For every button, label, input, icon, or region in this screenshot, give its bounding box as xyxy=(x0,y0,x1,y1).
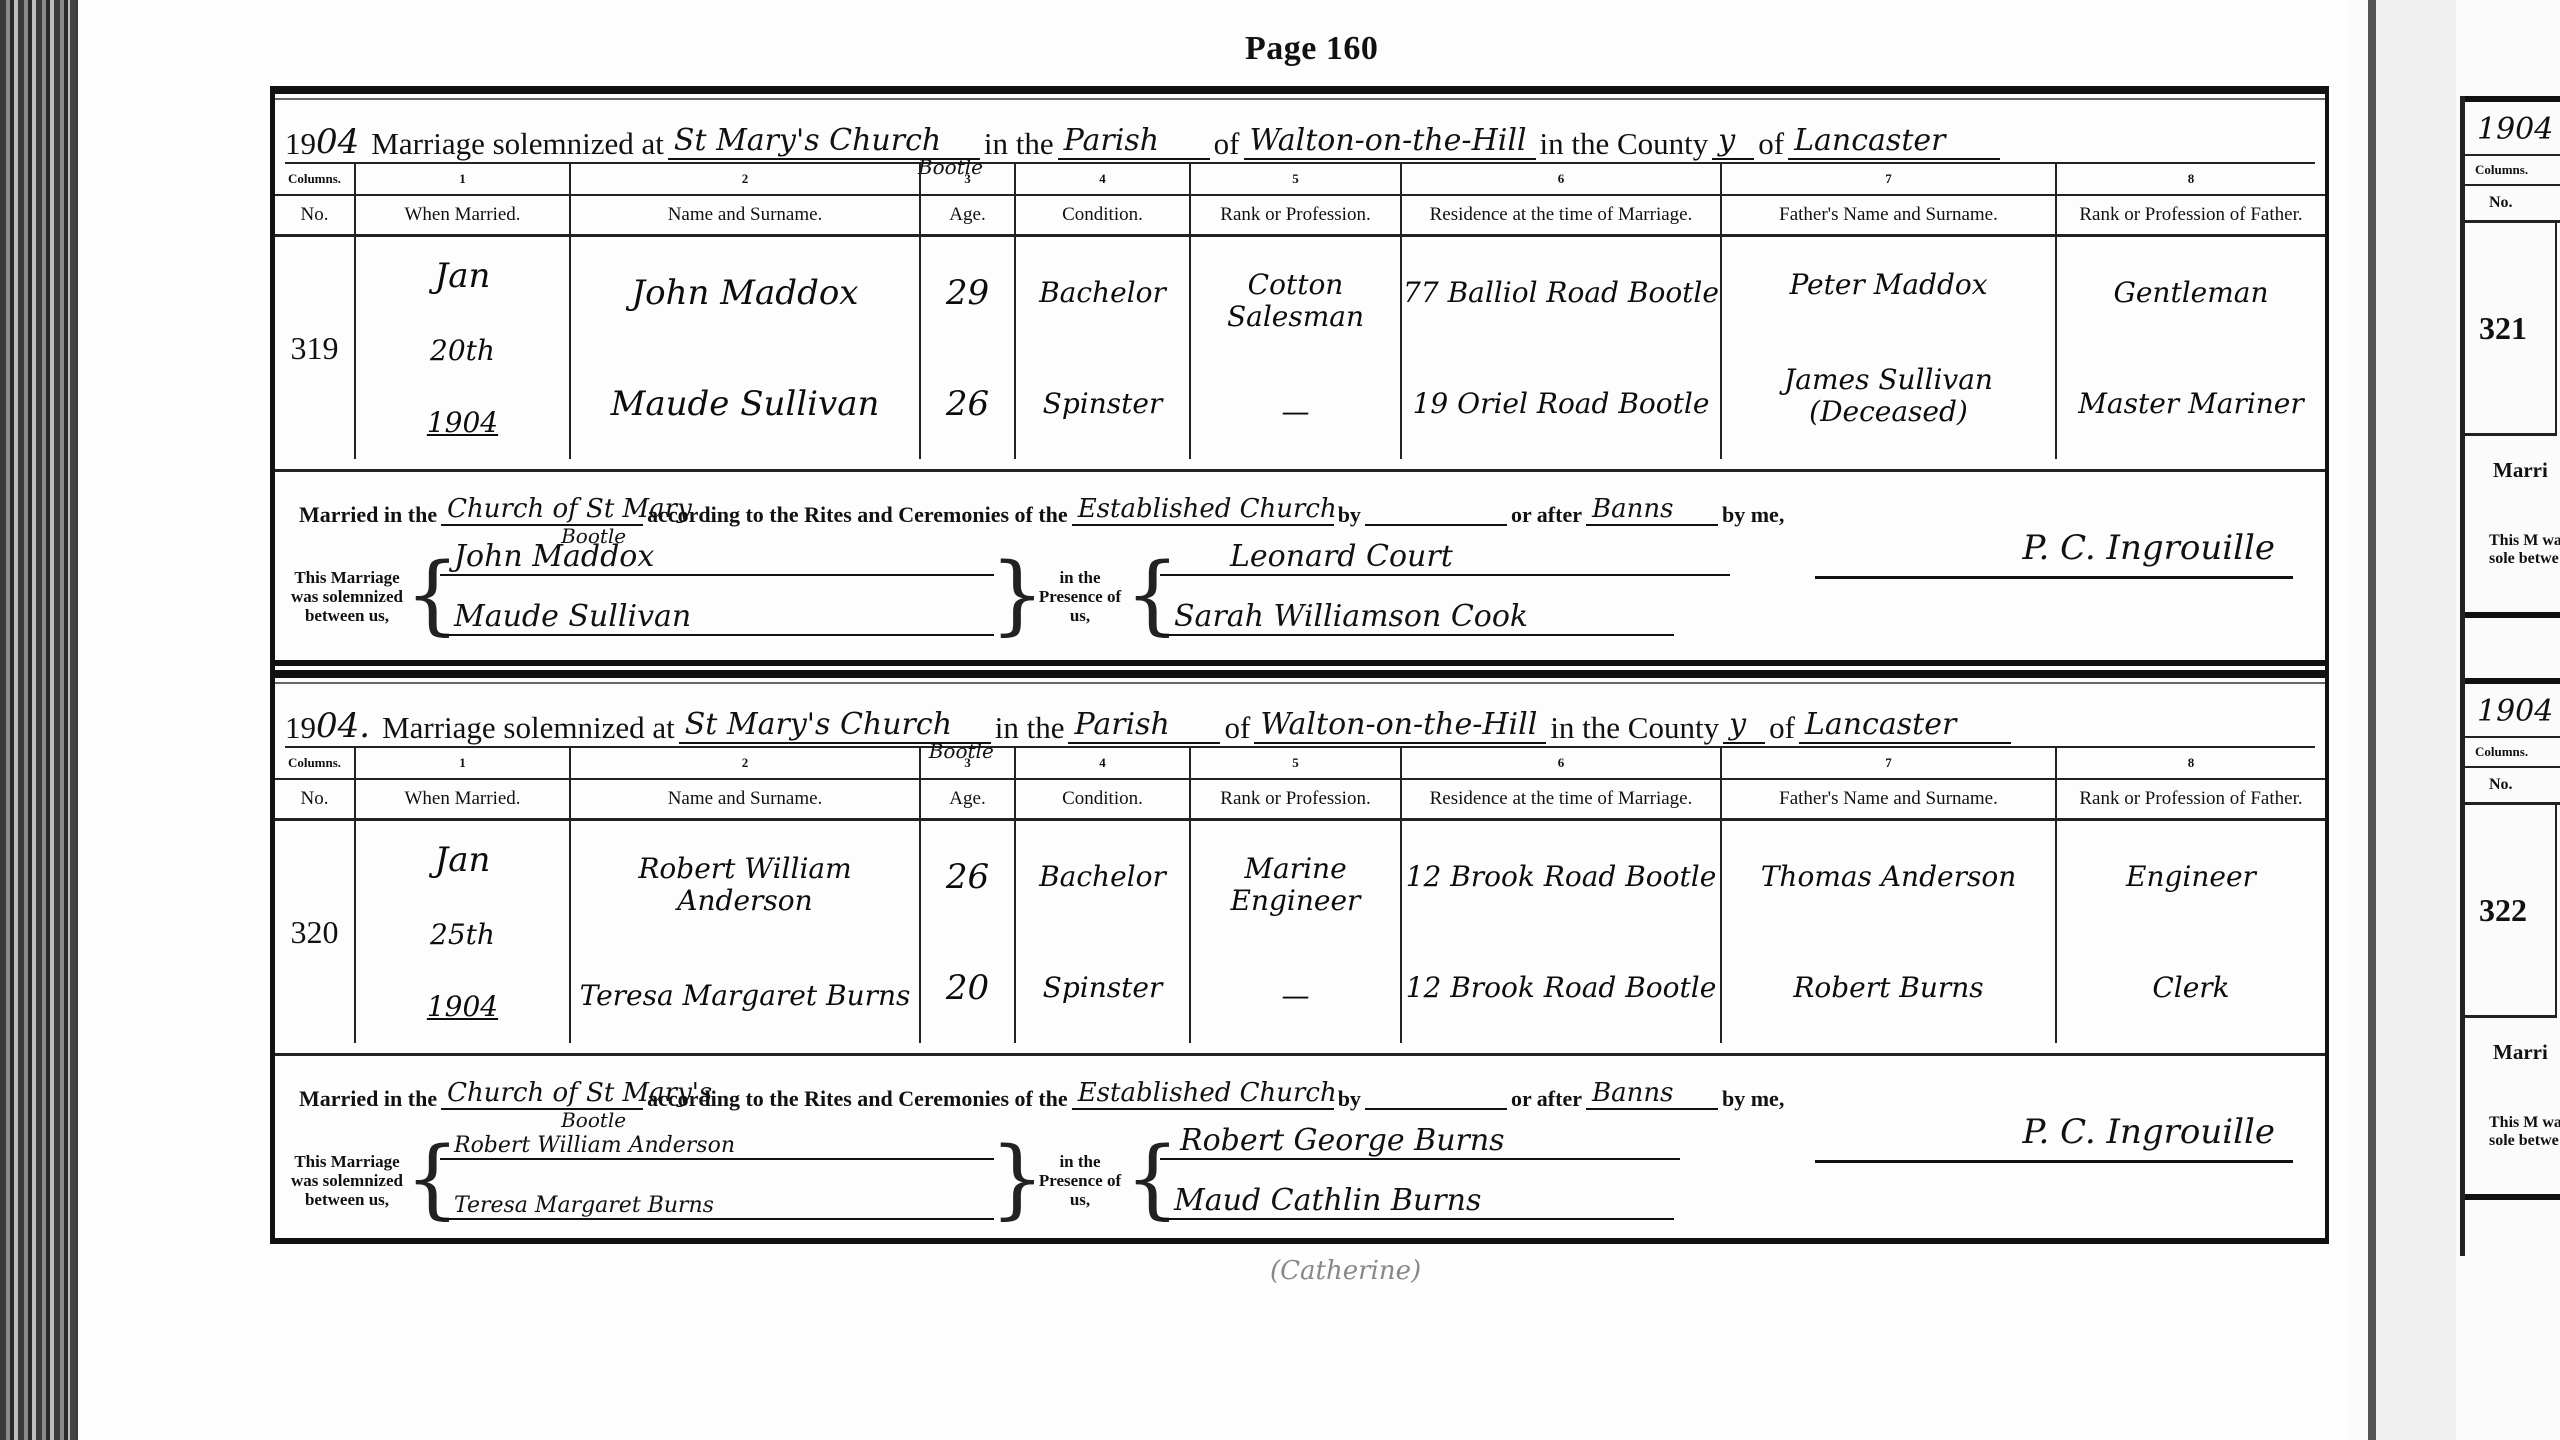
entry-heading: 19 04 Marriage solemnized at St Mary's C… xyxy=(285,106,2315,164)
book-gutter-margin xyxy=(2376,0,2456,1440)
label-in-the-county: in the County xyxy=(1540,126,1709,162)
column-header-row: No. When Married. Name and Surname. Age.… xyxy=(275,779,2325,820)
married-in-line: Married in the Church of St Mary'sBootle… xyxy=(299,1072,2305,1112)
column-number: 6 xyxy=(1401,748,1721,779)
next-solemnized-label: This M was sole betwe xyxy=(2465,508,2560,612)
label-according-to: according to the Rites and Ceremonies of… xyxy=(647,502,1068,528)
column-number-row: Columns. 1 2 3 4 5 6 7 8 xyxy=(275,164,2325,195)
marriage-day: 20th xyxy=(430,335,495,367)
entry-row: 319 Jan 20th 1904 John Maddox Maude Sull… xyxy=(275,236,2325,460)
column-number: 7 xyxy=(1721,164,2056,195)
label-or-after: or after xyxy=(1511,1086,1582,1112)
signature-groom: John Maddox xyxy=(440,530,994,576)
marriage-month: Jan xyxy=(435,257,491,295)
bride-condition: Spinster xyxy=(1043,388,1163,420)
bride-residence: 19 Oriel Road Bootle xyxy=(1413,388,1710,420)
marriage-entry-319: 19 04 Marriage solemnized at St Mary's C… xyxy=(275,86,2325,666)
after-value: Banns xyxy=(1586,494,1718,526)
entry-top-rule-thin xyxy=(275,98,2325,100)
header-name: Name and Surname. xyxy=(570,195,920,236)
column-number: 6 xyxy=(1401,164,1721,195)
year-prefix: 19 xyxy=(285,710,316,746)
label-in-the-county: in the County xyxy=(1550,710,1719,746)
next-columns-label: Columns. xyxy=(2465,156,2560,186)
book-edge-line xyxy=(70,0,76,1440)
ceremony-section: Married in the Church of St Mary'sBootle… xyxy=(275,1053,2325,1244)
entry-bottom-rule xyxy=(2465,1194,2560,1200)
rites-value: Established Church xyxy=(1072,1078,1334,1110)
header-residence: Residence at the time of Marriage. xyxy=(1401,195,1721,236)
entry-bottom-rule xyxy=(2465,612,2560,618)
marriage-year: 1904 xyxy=(427,991,498,1023)
column-number: 3 xyxy=(920,748,1015,779)
rites-value: Established Church xyxy=(1072,494,1334,526)
label-in-presence: in the Presence of us, xyxy=(1035,568,1125,625)
column-number: 5 xyxy=(1190,164,1401,195)
column-number: 7 xyxy=(1721,748,2056,779)
bride-father-rank: Clerk xyxy=(2152,972,2229,1004)
label-solemnized-at: Marriage solemnized at xyxy=(382,710,675,746)
label-by-me: by me, xyxy=(1722,502,1784,528)
district-type-value: Parish xyxy=(1058,123,1210,160)
column-number: 1 xyxy=(355,748,570,779)
bride-condition: Spinster xyxy=(1043,972,1163,1004)
header-father-name: Father's Name and Surname. xyxy=(1721,779,2056,820)
column-number: 2 xyxy=(570,748,920,779)
bride-rank: — xyxy=(1282,396,1310,428)
book-page-edges xyxy=(0,0,78,1440)
place-value: St Mary's ChurchBootle xyxy=(679,707,991,744)
bride-name: Maude Sullivan xyxy=(611,385,880,423)
bride-name: Teresa Margaret Burns xyxy=(580,980,911,1012)
witness-2: Sarah Williamson Cook xyxy=(1160,590,1674,636)
groom-name: John Maddox xyxy=(632,274,859,312)
signature-bride: Teresa Margaret Burns xyxy=(440,1174,994,1220)
column-number: 5 xyxy=(1190,748,1401,779)
column-number: 8 xyxy=(2056,164,2325,195)
bride-age: 26 xyxy=(946,385,989,423)
columns-label: Columns. xyxy=(275,748,355,779)
next-solemnized-label: This M was sole betwe xyxy=(2465,1090,2560,1194)
groom-residence: 12 Brook Road Bootle xyxy=(1406,861,1717,893)
groom-name: Robert William Anderson xyxy=(571,853,919,917)
groom-condition: Bachelor xyxy=(1039,277,1166,309)
column-number: 2 xyxy=(570,164,920,195)
column-header-row: No. When Married. Name and Surname. Age.… xyxy=(275,195,2325,236)
bride-residence: 12 Brook Road Bootle xyxy=(1406,972,1717,1004)
header-no: No. xyxy=(275,195,355,236)
year-handwritten: 04 xyxy=(316,122,359,162)
next-married-label: Marri xyxy=(2465,1018,2560,1090)
column-number-row: Columns. 1 2 3 4 5 6 7 8 xyxy=(275,748,2325,779)
next-married-label: Marri xyxy=(2465,436,2560,508)
ceremony-section: Married in the Church of St MaryBootle a… xyxy=(275,469,2325,660)
column-number: 3 xyxy=(920,164,1015,195)
entry-number: 319 xyxy=(291,330,339,366)
header-father-rank: Rank or Profession of Father. xyxy=(2056,195,2325,236)
next-page-partial: 1904 Columns. No. 321 Marri This M was s… xyxy=(2460,96,2560,1256)
next-entry-number: 322 xyxy=(2465,805,2557,1018)
header-residence: Residence at the time of Marriage. xyxy=(1401,779,1721,820)
signature-bride: Maude Sullivan xyxy=(440,590,994,636)
header-when-married: When Married. xyxy=(355,779,570,820)
bride-age: 20 xyxy=(946,969,989,1007)
header-name: Name and Surname. xyxy=(570,779,920,820)
bride-rank: — xyxy=(1282,980,1310,1012)
district-value: Walton-on-the-Hill xyxy=(1254,707,1546,744)
entry-bottom-rule xyxy=(275,1238,2325,1244)
header-condition: Condition. xyxy=(1015,195,1190,236)
label-in-the: in the xyxy=(984,126,1054,162)
groom-father-rank: Engineer xyxy=(2126,861,2256,893)
next-columns-label: Columns. xyxy=(2465,738,2560,768)
groom-age: 29 xyxy=(946,274,989,312)
entry-table: Columns. 1 2 3 4 5 6 7 8 No. When Marrie… xyxy=(275,748,2325,1043)
witness-1: Robert George Burns xyxy=(1160,1114,1680,1160)
header-rank: Rank or Profession. xyxy=(1190,779,1401,820)
marriage-month: Jan xyxy=(435,841,491,879)
by-value xyxy=(1365,1108,1507,1110)
next-no-label: No. xyxy=(2465,768,2560,805)
label-by: by xyxy=(1338,1086,1361,1112)
column-number: 4 xyxy=(1015,164,1190,195)
header-when-married: When Married. xyxy=(355,195,570,236)
bride-father-name: Robert Burns xyxy=(1793,972,1983,1004)
label-county-of: of xyxy=(1769,710,1795,746)
label-married-in-the: Married in the xyxy=(299,1086,437,1112)
label-in-presence: in the Presence of us, xyxy=(1035,1152,1125,1209)
label-in-the: in the xyxy=(995,710,1065,746)
groom-condition: Bachelor xyxy=(1039,861,1166,893)
column-number: 1 xyxy=(355,164,570,195)
minister-signature: P. C. Ingrouille xyxy=(1815,528,2293,579)
label-of: of xyxy=(1224,710,1250,746)
header-age: Age. xyxy=(920,195,1015,236)
year-prefix: 19 xyxy=(285,126,316,162)
label-solemnized-between: This Marriage was solemnized between us, xyxy=(287,1152,407,1209)
witness-1: Leonard Court xyxy=(1160,530,1730,576)
groom-father-name: Peter Maddox xyxy=(1789,269,1987,301)
label-of: of xyxy=(1214,126,1240,162)
after-value: Banns xyxy=(1586,1078,1718,1110)
columns-label: Columns. xyxy=(275,164,355,195)
county-suffix: y xyxy=(1712,123,1754,160)
header-father-rank: Rank or Profession of Father. xyxy=(2056,779,2325,820)
groom-age: 26 xyxy=(946,858,989,896)
header-condition: Condition. xyxy=(1015,779,1190,820)
header-no: No. xyxy=(275,779,355,820)
margin-annotation: (Catherine) xyxy=(1270,1256,1421,1286)
entry-bottom-rule xyxy=(275,660,2325,666)
minister-signature: P. C. Ingrouille xyxy=(1815,1112,2293,1163)
married-in-line: Married in the Church of St MaryBootle a… xyxy=(299,488,2305,528)
label-solemnized-at: Marriage solemnized at xyxy=(371,126,664,162)
label-or-after: or after xyxy=(1511,502,1582,528)
header-father-name: Father's Name and Surname. xyxy=(1721,195,2056,236)
header-age: Age. xyxy=(920,779,1015,820)
next-year: 1904 xyxy=(2465,684,2560,738)
column-number: 8 xyxy=(2056,748,2325,779)
page-number: Page 160 xyxy=(1245,30,1378,68)
marriage-day: 25th xyxy=(430,919,495,951)
marriage-register: 19 04 Marriage solemnized at St Mary's C… xyxy=(270,86,2329,1244)
groom-father-rank: Gentleman xyxy=(2113,277,2268,309)
district-type-value: Parish xyxy=(1068,707,1220,744)
groom-residence: 77 Balliol Road Bootle xyxy=(1403,277,1719,309)
groom-father-name: Thomas Anderson xyxy=(1761,861,2016,893)
label-by: by xyxy=(1338,502,1361,528)
label-county-of: of xyxy=(1758,126,1784,162)
column-number: 4 xyxy=(1015,748,1190,779)
entry-top-rule xyxy=(275,670,2325,678)
by-value xyxy=(1365,524,1507,526)
entry-heading: 19 04. Marriage solemnized at St Mary's … xyxy=(285,690,2315,748)
groom-rank: Marine Engineer xyxy=(1191,853,1400,917)
label-by-me: by me, xyxy=(1722,1086,1784,1112)
next-entry-322: 1904 Columns. No. 322 Marri This M was s… xyxy=(2465,678,2560,1200)
entry-number: 320 xyxy=(291,914,339,950)
entry-table: Columns. 1 2 3 4 5 6 7 8 No. When Marrie… xyxy=(275,164,2325,459)
place-value: St Mary's ChurchBootle xyxy=(668,123,980,160)
entry-row: 320 Jan 25th 1904 Robert William Anderso… xyxy=(275,820,2325,1044)
next-year: 1904 xyxy=(2465,102,2560,156)
label-solemnized-between: This Marriage was solemnized between us, xyxy=(287,568,407,625)
label-married-in-the: Married in the xyxy=(299,502,437,528)
county-value: Lancaster xyxy=(1799,707,2011,744)
entry-top-rule xyxy=(275,86,2325,94)
next-entry-number: 321 xyxy=(2465,223,2557,436)
marriage-year: 1904 xyxy=(427,407,498,439)
next-no-label: No. xyxy=(2465,186,2560,223)
district-value: Walton-on-the-Hill xyxy=(1244,123,1536,160)
county-suffix: y xyxy=(1723,707,1765,744)
marriage-entry-320: 19 04. Marriage solemnized at St Mary's … xyxy=(275,670,2325,1244)
groom-rank: Cotton Salesman xyxy=(1191,269,1400,333)
header-rank: Rank or Profession. xyxy=(1190,195,1401,236)
entry-top-rule-thin xyxy=(275,682,2325,684)
book-gutter xyxy=(2368,0,2376,1440)
next-entry-321: 1904 Columns. No. 321 Marri This M was s… xyxy=(2465,96,2560,618)
county-value: Lancaster xyxy=(1788,123,2000,160)
church-value: Church of St Mary'sBootle xyxy=(441,1078,643,1110)
witness-2: Maud Cathlin Burns xyxy=(1160,1174,1674,1220)
bride-father-rank: Master Mariner xyxy=(2078,388,2304,420)
year-handwritten: 04. xyxy=(316,706,370,746)
signature-groom: Robert William Anderson xyxy=(440,1114,994,1160)
bride-father-name: James Sullivan (Deceased) xyxy=(1722,364,2055,428)
church-value: Church of St MaryBootle xyxy=(441,494,643,526)
